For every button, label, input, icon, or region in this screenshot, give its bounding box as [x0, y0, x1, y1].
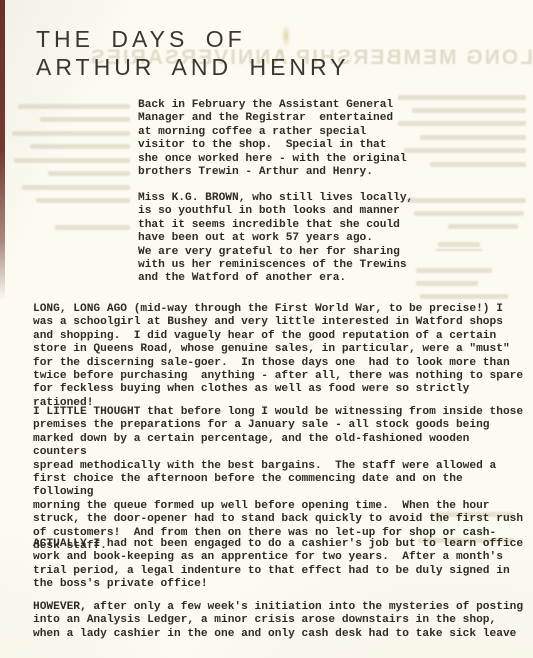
bleed-through-line — [14, 158, 130, 163]
bleed-through-line — [22, 185, 130, 190]
body-paragraph-3: ACTUALLY I had not been engaged to do a … — [33, 538, 525, 592]
bleed-through-line — [40, 117, 130, 122]
bleed-through-line — [12, 131, 130, 136]
page-title: THE DAYS OF ARTHUR AND HENRY — [36, 26, 350, 81]
bleed-through-line — [18, 104, 130, 109]
bleed-through-line — [420, 135, 526, 140]
bleed-through-line — [414, 211, 524, 216]
bleed-through-line — [420, 294, 508, 299]
bleed-through-line — [438, 242, 480, 247]
body-paragraph-1: LONG, LONG AGO (mid-way through the Firs… — [33, 303, 525, 410]
body-paragraph-4: HOWEVER, after only a few week's initiat… — [33, 601, 525, 641]
bleed-through-underline — [436, 249, 482, 251]
bleed-through-line — [448, 224, 518, 229]
intro-paragraph-1: Back in February the Assistant General M… — [138, 99, 428, 179]
page-title-line-2: ARTHUR AND HENRY — [36, 54, 350, 82]
intro-paragraph-2: Miss K.G. BROWN, who still lives locally… — [138, 192, 428, 286]
bleed-through-line — [48, 171, 130, 176]
bleed-through-line — [55, 225, 130, 230]
bleed-through-line — [412, 108, 526, 113]
bleed-through-line — [30, 144, 130, 149]
binding-edge-strip — [0, 0, 5, 300]
page-title-line-1: THE DAYS OF — [36, 26, 350, 54]
bleed-through-line — [36, 198, 130, 203]
bleed-through-line — [430, 162, 526, 167]
body-paragraph-2: I LITTLE THOUGHT that before long I woul… — [33, 406, 525, 553]
scanned-newsletter-page: LONG MEMBERSHIP ANNIVERSARIES THE DAYS O… — [0, 0, 533, 658]
